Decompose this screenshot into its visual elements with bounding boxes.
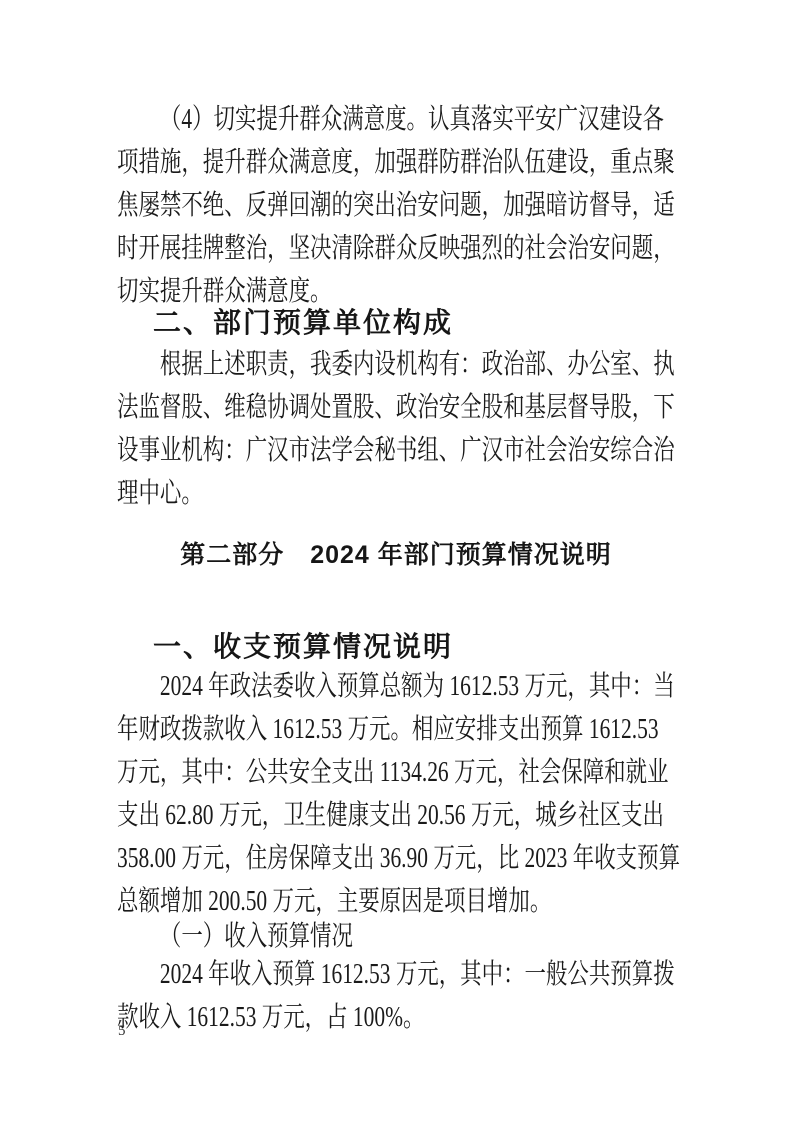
- paragraph-income-budget: 2024 年收入预算 1612.53 万元，其中：一般公共预算拨 款收入 161…: [117, 953, 688, 1039]
- heading-income-expenditure-overview: 一、收支预算情况说明: [153, 629, 453, 665]
- paragraph-internal-organs: 根据上述职责，我委内设机构有：政治部、办公室、执 法监督股、维稳协调处置股、政治…: [117, 343, 688, 515]
- page-number: 5: [118, 1022, 126, 1040]
- paragraph-budget-totals: 2024 年政法委收入预算总额为 1612.53 万元，其中：当 年财政拨款收入…: [117, 665, 688, 923]
- part2-title: 第二部分 2024 年部门预算情况说明: [117, 538, 675, 572]
- paragraph-satisfaction: （4）切实提升群众满意度。认真落实平安广汉建设各 项措施，提升群众满意度，加强群…: [117, 98, 688, 313]
- subheading-income-budget: （一）收入预算情况: [117, 915, 688, 958]
- document-page: （4）切实提升群众满意度。认真落实平安广汉建设各 项措施，提升群众满意度，加强群…: [0, 0, 793, 1122]
- heading-budget-unit-composition: 二、部门预算单位构成: [153, 305, 453, 341]
